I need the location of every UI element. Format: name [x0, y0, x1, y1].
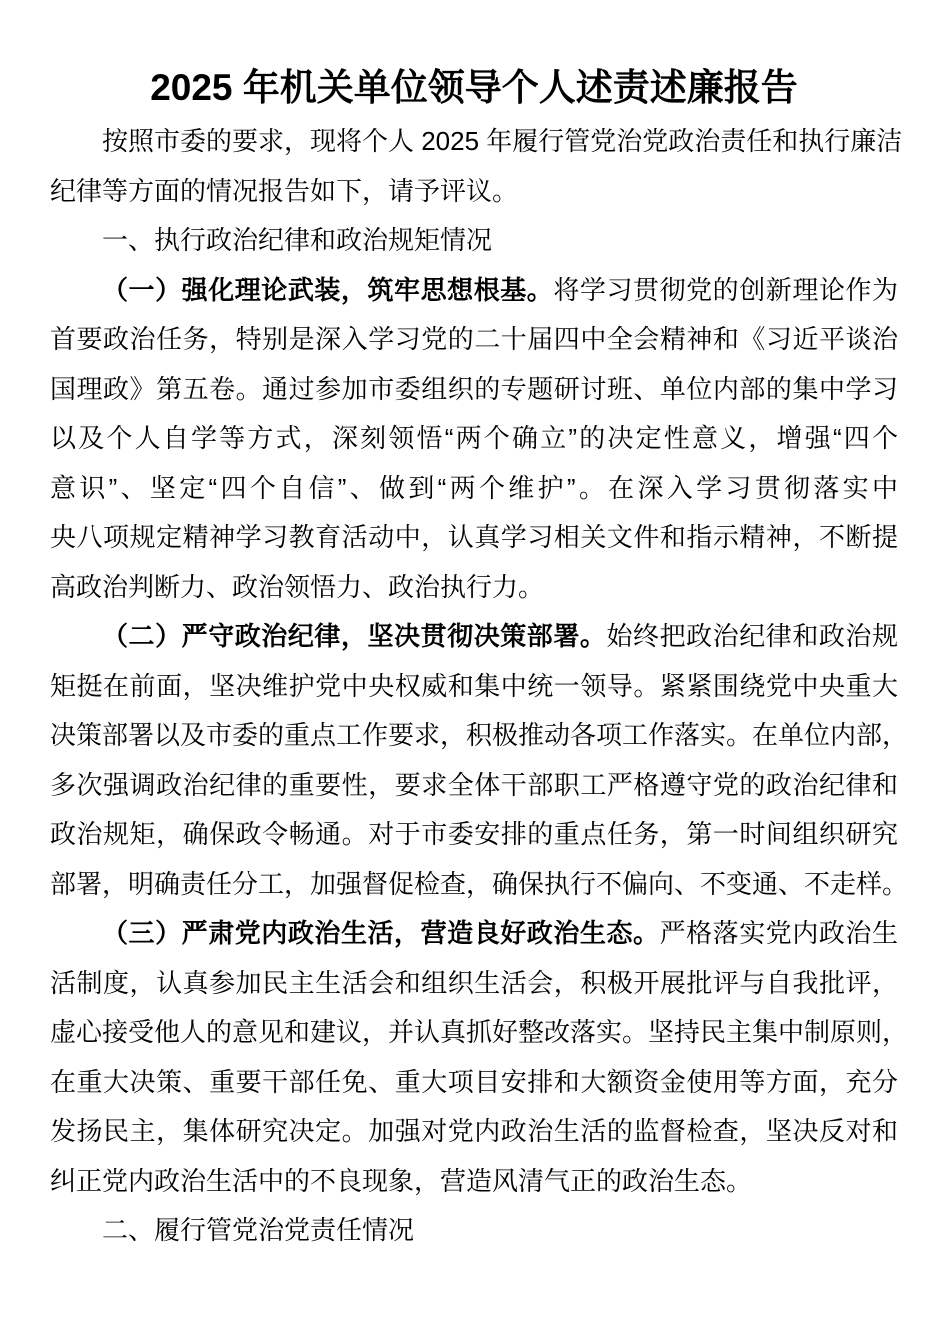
document-page: 2025 年机关单位领导个人述责述廉报告 按照市委的要求，现将个人 2025 年… — [0, 0, 950, 1344]
text-line: 高政治判断力、政治领悟力、政治执行力。 — [50, 563, 898, 613]
heading-line: 二、履行管党治党责任情况 — [50, 1206, 898, 1256]
line-text: 虚心接受他人的意见和建议，并认真抓好整改落实。坚持民主集中制原则， — [50, 1017, 908, 1047]
line-text: 国理政》第五卷。通过参加市委组织的专题研讨班、单位内部的集中学习 — [50, 374, 898, 404]
bold-lead-in: （三）严肃党内政治生活，营造良好政治生态。 — [102, 918, 660, 948]
body-paragraph: 按照市委的要求，现将个人 2025 年履行管党治党政治责任和执行廉洁纪律等方面的… — [50, 117, 898, 216]
line-text: 以及个人自学等方式，深刻领悟“两个确立”的决定性意义，增强“四个 — [50, 423, 898, 453]
body-paragraph: （二）严守政治纪律，坚决贯彻决策部署。始终把政治纪律和政治规矩挺在前面，坚决维护… — [50, 612, 898, 909]
line-text: 活制度，认真参加民主生活会和组织生活会，积极开展批评与自我批评， — [50, 968, 898, 998]
text-line: 发扬民主，集体研究决定。加强对党内政治生活的监督检查，坚决反对和 — [50, 1107, 898, 1157]
text-line: 活制度，认真参加民主生活会和组织生活会，积极开展批评与自我批评， — [50, 959, 898, 1009]
text-line: 决策部署以及市委的重点工作要求，积极推动各项工作落实。在单位内部， — [50, 711, 898, 761]
text-line: 政治规矩，确保政令畅通。对于市委安排的重点任务，第一时间组织研究 — [50, 810, 898, 860]
bold-lead-in: （一）强化理论武装，筑牢思想根基。 — [102, 275, 553, 305]
line-text: 二、履行管党治党责任情况 — [102, 1215, 414, 1245]
text-line: 虚心接受他人的意见和建议，并认真抓好整改落实。坚持民主集中制原则， — [50, 1008, 898, 1058]
line-text: 纠正党内政治生活中的不良现象，营造风清气正的政治生态。 — [50, 1166, 752, 1196]
heading-line: 一、执行政治纪律和政治规矩情况 — [50, 216, 898, 266]
section-heading: 二、履行管党治党责任情况 — [50, 1206, 898, 1256]
text-line: 首要政治任务，特别是深入学习党的二十届四中全会精神和《习近平谈治 — [50, 315, 898, 365]
text-line: 以及个人自学等方式，深刻领悟“两个确立”的决定性意义，增强“四个 — [50, 414, 898, 464]
line-text: 矩挺在前面，坚决维护党中央权威和集中统一领导。紧紧围绕党中央重大 — [50, 671, 898, 701]
line-text: 按照市委的要求，现将个人 2025 年履行管党治党政治责任和执行廉洁 — [102, 126, 902, 156]
body-paragraph: （一）强化理论武装，筑牢思想根基。将学习贯彻党的创新理论作为首要政治任务，特别是… — [50, 266, 898, 613]
line-text: 政治规矩，确保政令畅通。对于市委安排的重点任务，第一时间组织研究 — [50, 819, 898, 849]
line-text: 意识”、坚定“四个自信”、做到“两个维护”。在深入学习贯彻落实中 — [50, 473, 898, 503]
text-line: 纪律等方面的情况报告如下，请予评议。 — [50, 167, 898, 217]
text-line: （二）严守政治纪律，坚决贯彻决策部署。始终把政治纪律和政治规 — [50, 612, 898, 662]
line-text: 在重大决策、重要干部任免、重大项目安排和大额资金使用等方面，充分 — [50, 1067, 898, 1097]
line-text: 始终把政治纪律和政治规 — [606, 621, 898, 651]
line-text: 高政治判断力、政治领悟力、政治执行力。 — [50, 572, 544, 602]
line-text: 将学习贯彻党的创新理论作为 — [553, 275, 898, 305]
line-text: 严格落实党内政治生 — [660, 918, 898, 948]
bold-lead-in: （二）严守政治纪律，坚决贯彻决策部署。 — [102, 621, 606, 651]
line-text: 决策部署以及市委的重点工作要求，积极推动各项工作落实。在单位内部， — [50, 720, 908, 750]
document-body: 按照市委的要求，现将个人 2025 年履行管党治党政治责任和执行廉洁纪律等方面的… — [50, 117, 898, 1256]
document-title: 2025 年机关单位领导个人述责述廉报告 — [50, 59, 898, 117]
text-line: 多次强调政治纪律的重要性，要求全体干部职工严格遵守党的政治纪律和 — [50, 761, 898, 811]
text-line: 按照市委的要求，现将个人 2025 年履行管党治党政治责任和执行廉洁 — [50, 117, 898, 167]
line-text: 首要政治任务，特别是深入学习党的二十届四中全会精神和《习近平谈治 — [50, 324, 898, 354]
text-line: 纠正党内政治生活中的不良现象，营造风清气正的政治生态。 — [50, 1157, 898, 1207]
text-line: 意识”、坚定“四个自信”、做到“两个维护”。在深入学习贯彻落实中 — [50, 464, 898, 514]
text-line: （一）强化理论武装，筑牢思想根基。将学习贯彻党的创新理论作为 — [50, 266, 898, 316]
body-paragraph: （三）严肃党内政治生活，营造良好政治生态。严格落实党内政治生活制度，认真参加民主… — [50, 909, 898, 1206]
text-line: （三）严肃党内政治生活，营造良好政治生态。严格落实党内政治生 — [50, 909, 898, 959]
line-text: 多次强调政治纪律的重要性，要求全体干部职工严格遵守党的政治纪律和 — [50, 770, 898, 800]
text-line: 国理政》第五卷。通过参加市委组织的专题研讨班、单位内部的集中学习 — [50, 365, 898, 415]
section-heading: 一、执行政治纪律和政治规矩情况 — [50, 216, 898, 266]
document-content: 2025 年机关单位领导个人述责述廉报告 按照市委的要求，现将个人 2025 年… — [0, 0, 950, 1256]
line-text: 央八项规定精神学习教育活动中，认真学习相关文件和指示精神，不断提 — [50, 522, 898, 552]
line-text: 部署，明确责任分工，加强督促检查，确保执行不偏向、不变通、不走样。 — [50, 869, 908, 899]
text-line: 央八项规定精神学习教育活动中，认真学习相关文件和指示精神，不断提 — [50, 513, 898, 563]
text-line: 部署，明确责任分工，加强督促检查，确保执行不偏向、不变通、不走样。 — [50, 860, 898, 910]
line-text: 一、执行政治纪律和政治规矩情况 — [102, 225, 492, 255]
text-line: 矩挺在前面，坚决维护党中央权威和集中统一领导。紧紧围绕党中央重大 — [50, 662, 898, 712]
line-text: 发扬民主，集体研究决定。加强对党内政治生活的监督检查，坚决反对和 — [50, 1116, 898, 1146]
text-line: 在重大决策、重要干部任免、重大项目安排和大额资金使用等方面，充分 — [50, 1058, 898, 1108]
line-text: 纪律等方面的情况报告如下，请予评议。 — [50, 176, 518, 206]
